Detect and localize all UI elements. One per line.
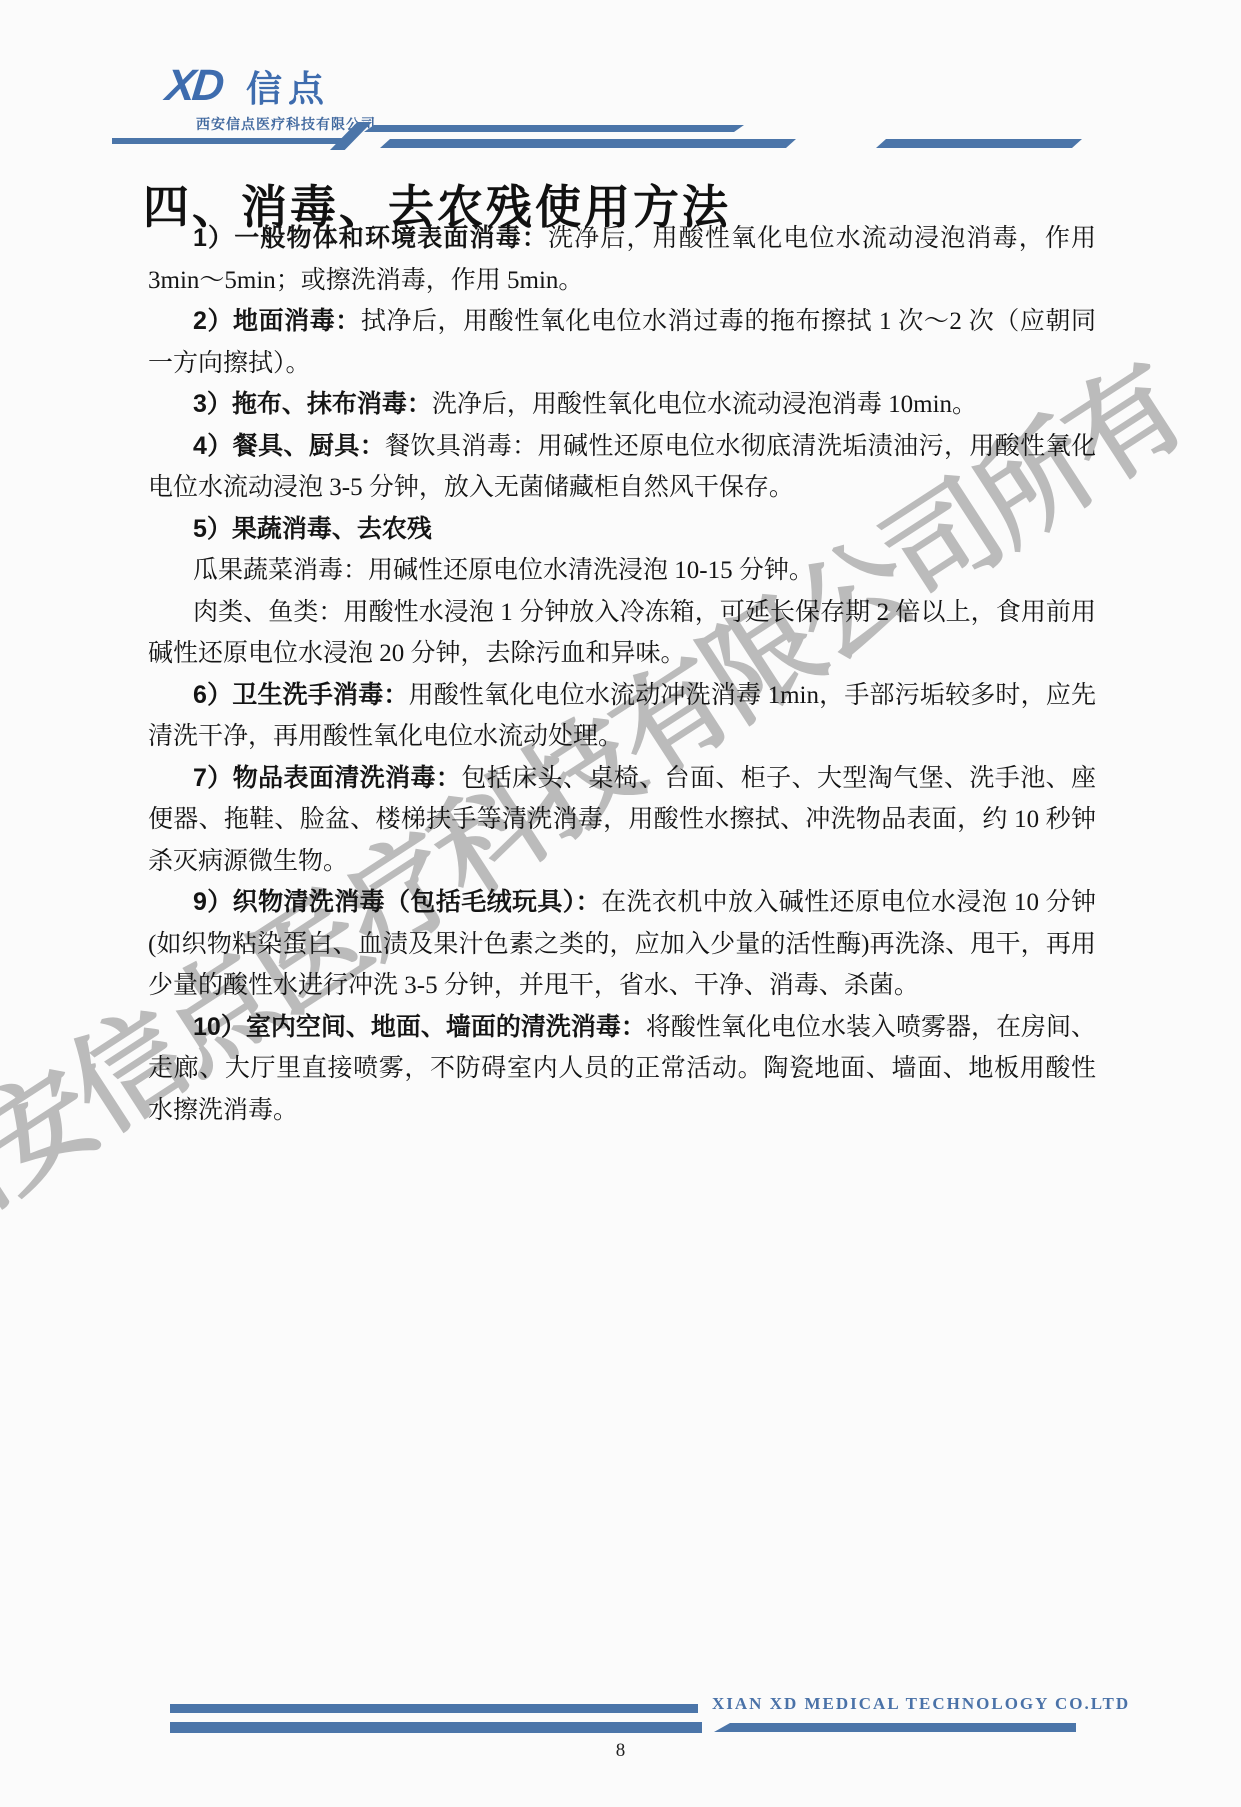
footer-divider-bar-bottom (170, 1722, 702, 1733)
paragraph-4: 4）餐具、厨具：餐饮具消毒：用碱性还原电位水彻底清洗垢渍油污，用酸性氧化电位水流… (148, 426, 1096, 509)
header-divider-line (112, 138, 342, 144)
paragraph-3-text: 洗净后，用酸性氧化电位水流动浸泡消毒 10min。 (432, 391, 977, 418)
paragraph-10-heading: 10）室内空间、地面、墙面的清洗消毒： (193, 1013, 646, 1041)
paragraph-5: 5）果蔬消毒、去农残 (148, 509, 1096, 551)
paragraph-6: 6）卫生洗手消毒：用酸性氧化电位水流动冲洗消毒 1min，手部污垢较多时，应先清… (148, 675, 1096, 758)
paragraph-2: 2）地面消毒：拭净后，用酸性氧化电位水消过毒的拖布擦拭 1 次～2 次（应朝同一… (148, 301, 1096, 384)
paragraph-5-sub-2: 肉类、鱼类：用酸性水浸泡 1 分钟放入冷冻箱，可延长保存期 2 倍以上，食用前用… (148, 592, 1096, 675)
paragraph-7: 7）物品表面清洗消毒：包括床头、桌椅、台面、柜子、大型淘气堡、洗手池、座便器、拖… (148, 758, 1096, 883)
paragraph-5-sub-1: 瓜果蔬菜消毒：用碱性还原电位水清洗浸泡 10-15 分钟。 (148, 550, 1096, 592)
paragraph-3: 3）拖布、抹布消毒：洗净后，用酸性氧化电位水流动浸泡消毒 10min。 (148, 384, 1096, 426)
company-name-english: XIAN XD MEDICAL TECHNOLOGY CO.LTD (712, 1694, 1084, 1714)
paragraph-9: 9）织物清洗消毒（包括毛绒玩具）：在洗衣机中放入碱性还原电位水浸泡 10 分钟(… (148, 882, 1096, 1007)
document-page: 西安信点医疗科技有限公司所有 XD 信点 西安信点医疗科技有限公司 四、消毒、去… (0, 0, 1241, 1807)
header-divider-bar-top (364, 125, 744, 132)
page-number: 8 (0, 1740, 1241, 1762)
document-body: 1）一般物体和环境表面消毒：洗净后，用酸性氧化电位水流动浸泡消毒，作用 3min… (148, 218, 1096, 1131)
company-logo-wordmark: 信点 (246, 70, 330, 108)
paragraph-4-heading: 4）餐具、厨具： (193, 432, 385, 460)
paragraph-7-heading: 7）物品表面清洗消毒： (193, 764, 461, 792)
paragraph-6-heading: 6）卫生洗手消毒： (193, 681, 409, 709)
company-logo-icon: XD (164, 64, 224, 108)
paragraph-3-heading: 3）拖布、抹布消毒： (193, 390, 432, 418)
paragraph-10: 10）室内空间、地面、墙面的清洗消毒：将酸性氧化电位水装入喷雾器，在房间、走廊、… (148, 1007, 1096, 1132)
footer-divider-bar-top (170, 1704, 698, 1713)
paragraph-5-sub-2-text: 肉类、鱼类：用酸性水浸泡 1 分钟放入冷冻箱，可延长保存期 2 倍以上，食用前用… (148, 599, 1096, 668)
header-divider-bar-right (876, 139, 1082, 148)
footer-divider-bar-right (714, 1723, 1076, 1732)
paragraph-2-heading: 2）地面消毒： (193, 307, 361, 335)
paragraph-5-sub-1-text: 瓜果蔬菜消毒：用碱性还原电位水清洗浸泡 10-15 分钟。 (193, 557, 814, 584)
paragraph-5-heading: 5）果蔬消毒、去农残 (193, 515, 432, 543)
header-divider-bar-middle (380, 139, 796, 148)
paragraph-1: 1）一般物体和环境表面消毒：洗净后，用酸性氧化电位水流动浸泡消毒，作用 3min… (148, 218, 1096, 301)
paragraph-1-heading: 1）一般物体和环境表面消毒： (193, 224, 548, 252)
paragraph-9-heading: 9）织物清洗消毒（包括毛绒玩具）： (193, 888, 601, 916)
